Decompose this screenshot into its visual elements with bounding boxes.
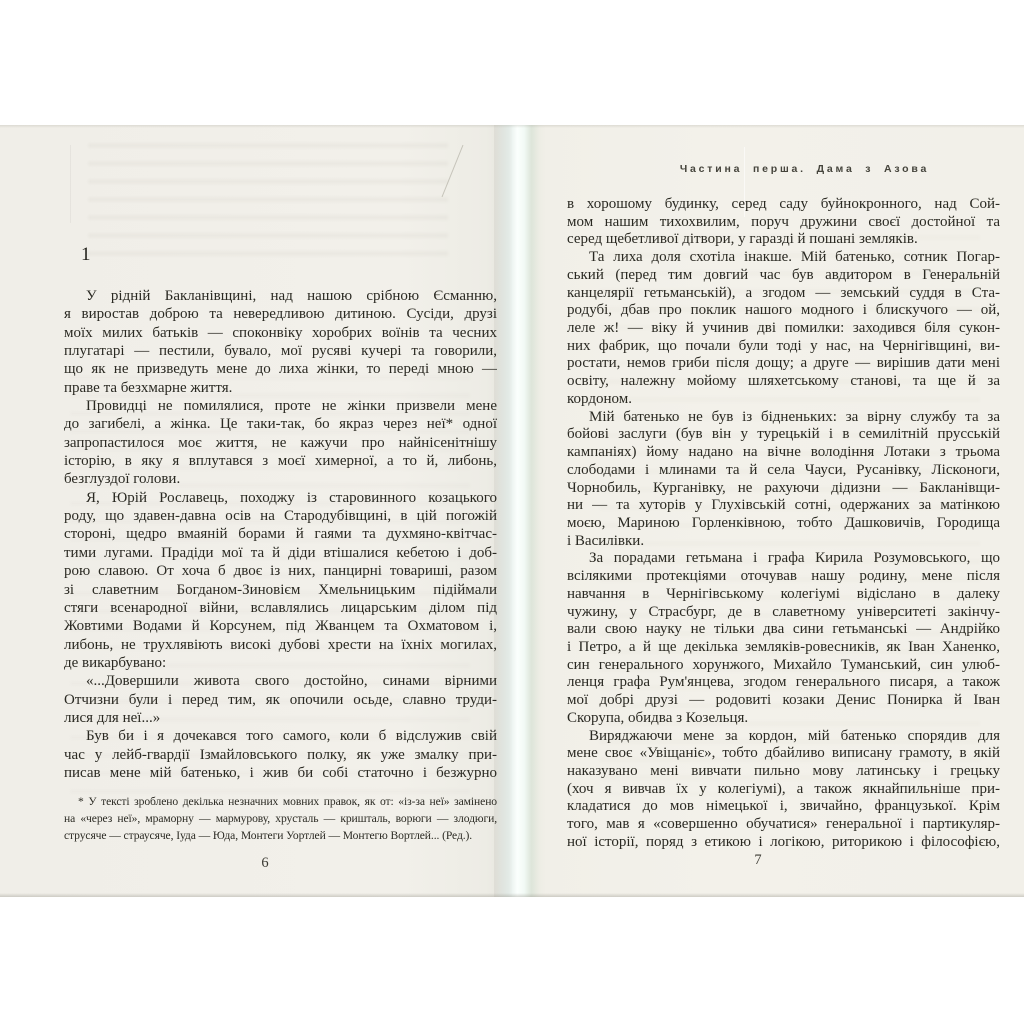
text-line: Я, Юрій Рославець, походжу із старовинно… (64, 489, 497, 507)
text-line: «...Довершили живота свого достойно, син… (64, 672, 497, 690)
text-line: За порадами гетьмана і графа Кирила Розу… (567, 550, 1000, 568)
book-spine-gutter (494, 125, 546, 897)
right-page-text: в хорошому будинку, серед саду буйнокрон… (567, 196, 1000, 852)
text-line: Провидці не помилялися, проте не жінки п… (64, 397, 497, 415)
text-line: син генерального хорунжого, Михайло Тума… (567, 657, 1000, 675)
text-line: кордоном. (567, 391, 1000, 409)
showthrough-texture (88, 143, 448, 263)
text-line: Жовтими Водами й Корсунем, під Жванцем т… (64, 617, 497, 635)
text-line: Чорнобиль, Курганівку, не рахуючи дідизн… (567, 480, 1000, 498)
text-line: ський (перед тим довгий час був авдиторо… (567, 267, 1000, 285)
text-line: мом нашим тихохвилим, поруч дружини своє… (567, 214, 1000, 232)
text-line: кампаніях) йому надано на вічне володінн… (567, 444, 1000, 462)
text-line: Та лиха доля схотіла інакше. Мій батеньк… (567, 249, 1000, 267)
text-line: либонь, не трухлявіють високі дубові хре… (64, 636, 497, 654)
text-line: струсяче — страусяче, Іуда — Юда, Монтег… (64, 827, 497, 844)
page-number-right: 7 (502, 852, 1014, 869)
text-line: що як не призведуть мене до лиха жінки, … (64, 360, 497, 378)
text-line: в хорошому будинку, серед саду буйнокрон… (567, 196, 1000, 214)
text-line: навчання в Чернігівському колегіумі віді… (567, 586, 1000, 604)
text-line: освіту, належну мойому шляхетському стан… (567, 373, 1000, 391)
text-line: праве та безхмарне життя. (64, 379, 497, 397)
text-line: моїх милих батьків — споконвіку хоробрих… (64, 324, 497, 342)
text-line: У рідній Бакланівщині, над нашою срібною… (64, 287, 497, 305)
text-line: бойові заслуги (був він у турецькій і в … (567, 426, 1000, 444)
text-line: леле ж! — віку й учинив дві помилки: зах… (567, 320, 1000, 338)
text-line: чужину, у Страсбург, де в славетному уні… (567, 604, 1000, 622)
text-line: писав мене мій батенько, і жив би собі с… (64, 764, 497, 782)
text-line: * У тексті зроблено декілька незначних м… (64, 793, 497, 810)
running-header: Частина перша. Дама з Азова (567, 163, 1000, 175)
chapter-number: 1 (81, 244, 91, 266)
paper-crease (70, 145, 71, 223)
text-line: плугатарі — пестили, бувало, мої русяві … (64, 342, 497, 360)
text-line: серед щебетливої дітвори, у гаразді й по… (567, 231, 1000, 249)
text-line: родубі, дбав про поклик нашого модного і… (567, 302, 1000, 320)
page-bottom-edge (0, 893, 1024, 897)
book-spread-scan: 1 У рідній Бакланівщині, над нашою срібн… (0, 125, 1024, 897)
text-line: Виряджаючи мене за кордон, мій батенько … (567, 728, 1000, 746)
text-line: вали свою науку не тільки два сини гетьм… (567, 621, 1000, 639)
text-line: я виростав доброю та невередливою дитино… (64, 305, 497, 323)
text-line: того, мав я «совершенно обучатися» генер… (567, 816, 1000, 834)
text-line: тими лугами. Прадіди мої та й діди втіша… (64, 544, 497, 562)
text-line: на «через неї», мраморну — мармурову, хр… (64, 810, 497, 827)
text-line: рою славою. От хоча б двоє із них, панци… (64, 562, 497, 580)
text-line: до загибелі, а жінка. Це таки-так, бо як… (64, 415, 497, 433)
text-line: мене своє «Увіщаніє», тобто дбайливо вип… (567, 745, 1000, 763)
text-line: зі славетним Богданом-Зиновієм Хмельниць… (64, 581, 497, 599)
text-line: запропастилося моє життя, не кажучи про … (64, 434, 497, 452)
text-line: час у лейб-гвардії Ізмайловського полку,… (64, 746, 497, 764)
text-line: кладатися до мов німецької і, звичайно, … (567, 798, 1000, 816)
page-number-left: 6 (9, 855, 521, 872)
footnote: * У тексті зроблено декілька незначних м… (64, 793, 497, 844)
page-top-edge (0, 125, 1024, 128)
text-line: всілякими протекціями оточував нашу роди… (567, 568, 1000, 586)
text-line: ростати, немов гриби після дощу; а друге… (567, 355, 1000, 373)
text-line: слободами і млинами та й села Чауси, Рус… (567, 462, 1000, 480)
text-line: де викарбувано: (64, 654, 497, 672)
text-line: наказувано мені вивчати пильно мову лати… (567, 763, 1000, 781)
text-line: і Петро, а й ще декілька земляків-ровесн… (567, 639, 1000, 657)
text-line: Був би і я дочекався того самого, коли б… (64, 727, 497, 745)
text-line: безглуздої голови. (64, 470, 497, 488)
text-line: і Василівки. (567, 533, 1000, 551)
text-line: роду, що здавен-давна осів на Стародубів… (64, 507, 497, 525)
text-line: Скорупа, обидва з Козельця. (567, 710, 1000, 728)
text-line: канцелярії гетьманській), а згодом — зем… (567, 285, 1000, 303)
text-line: Мій батенько не був із бідненьких: за ві… (567, 409, 1000, 427)
left-page-text: У рідній Бакланівщині, над нашою срібною… (64, 287, 497, 782)
text-line: ни — та хуторів у Глухівській сотні, оде… (567, 497, 1000, 515)
text-line: (хоч я вивчав їх у колегіумі), а також я… (567, 781, 1000, 799)
text-line: Отчизни були і перед тим, як опочили ось… (64, 691, 497, 709)
text-line: історію, в яку я вплутався з моєї химерн… (64, 452, 497, 470)
text-line: ленця графа Рум'янцева, згодом генеральн… (567, 674, 1000, 692)
text-line: ної історії, поряд з етикою і логікою, р… (567, 834, 1000, 852)
text-line: лися для неї...» (64, 709, 497, 727)
text-line: стяги всенародної війни, вславлялись лиц… (64, 599, 497, 617)
text-line: моєю, Мариною Горленківною, тобто Дашков… (567, 515, 1000, 533)
text-line: мої добрі друзі — родовиті козаки Денис … (567, 692, 1000, 710)
text-line: стороні, щедро вмаяній борами й гаями та… (64, 525, 497, 543)
text-line: них фабрик, що почали були тоді у нас, н… (567, 338, 1000, 356)
